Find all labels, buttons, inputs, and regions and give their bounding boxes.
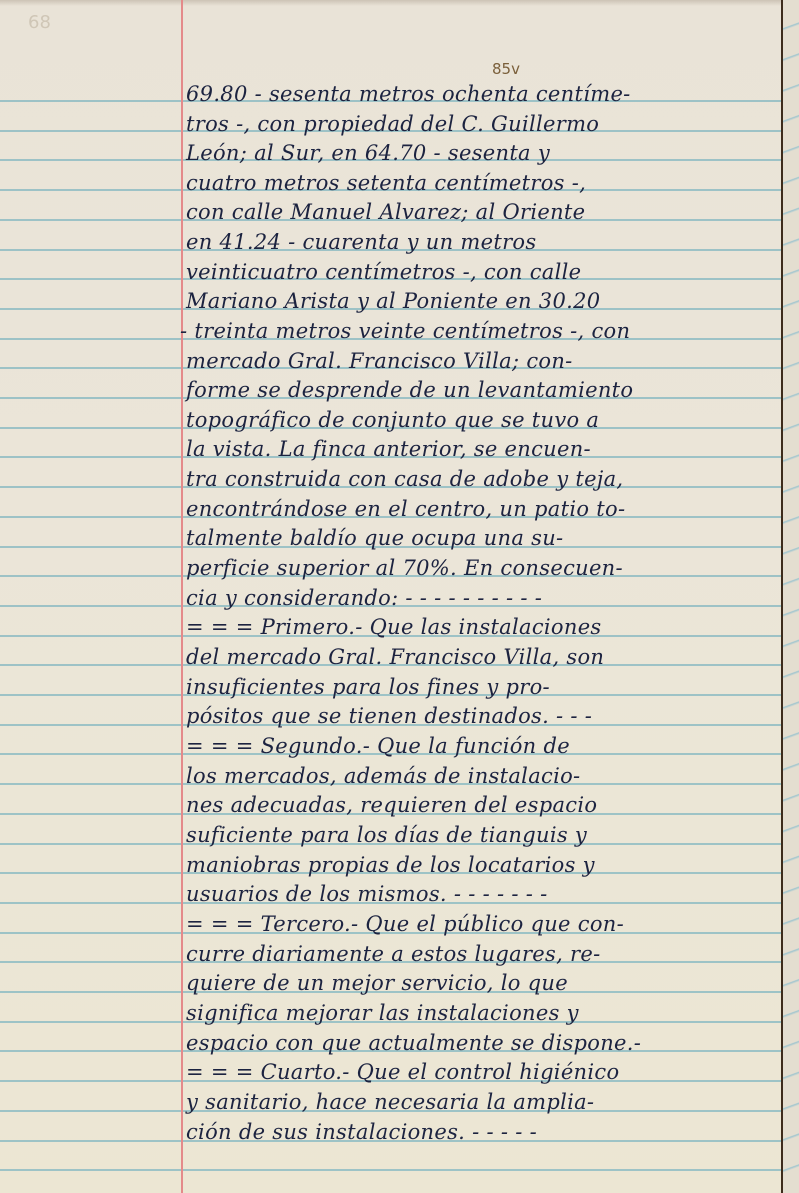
text-line: del mercado Gral. Francisco Villa, son [186,645,776,669]
text-line: ción de sus instalaciones. - - - - - [186,1120,776,1144]
text-line: quiere de un mejor servicio, lo que [186,971,776,995]
text-line: significa mejorar las instalaciones y [186,1001,776,1025]
text-line: los mercados, además de instalacio- [186,764,776,788]
text-line: con calle Manuel Alvarez; al Oriente [186,200,776,224]
text-line: topográfico de conjunto que se tuvo a [186,408,776,432]
text-line: perficie superior al 70%. En consecuen- [186,556,776,580]
text-line: usuarios de los mismos. - - - - - - - [186,882,776,906]
page-top-shadow [0,0,781,6]
folio-number: 85v [492,60,520,78]
text-line: forme se desprende de un levantamiento [186,378,776,402]
text-line: = = = Tercero.- Que el público que con- [186,912,776,936]
text-line: suficiente para los días de tianguis y [186,823,776,847]
text-line: y sanitario, hace necesaria la amplia- [186,1090,776,1114]
red-margin-line [181,0,183,1193]
text-line: pósitos que se tienen destinados. - - - [186,704,776,728]
text-line: tros -, con propiedad del C. Guillermo [186,112,776,136]
text-line: = = = Primero.- Que las instalaciones [186,615,776,639]
text-line: Mariano Arista y al Poniente en 30.20 [186,289,776,313]
text-line: mercado Gral. Francisco Villa; con- [186,349,776,373]
text-line: talmente baldío que ocupa una su- [186,526,776,550]
text-line: espacio con que actualmente se dispone.- [186,1031,776,1055]
text-line: - treinta metros veinte centímetros -, c… [180,319,770,343]
faint-page-number: 68 [28,12,51,33]
text-line: nes adecuadas, requieren del espacio [186,793,776,817]
text-line: veinticuatro centímetros -, con calle [186,260,776,284]
text-line: tra construida con casa de adobe y teja, [186,467,776,491]
text-line: = = = Segundo.- Que la función de [186,734,776,758]
text-line: insuficientes para los fines y pro- [186,675,776,699]
text-line: cia y considerando: - - - - - - - - - - [186,586,776,610]
text-line: 69.80 - sesenta metros ochenta centíme- [186,82,776,106]
notebook-page: 68 85v 69.80 - sesenta metros ochenta ce… [0,0,781,1193]
text-line: León; al Sur, en 64.70 - sesenta y [186,141,776,165]
ruled-line [0,1169,781,1171]
text-line: = = = Cuarto.- Que el control higiénico [186,1060,776,1084]
text-line: maniobras propias de los locatarios y [186,853,776,877]
text-line: la vista. La finca anterior, se encuen- [186,437,776,461]
text-line: en 41.24 - cuarenta y un metros [186,230,776,254]
text-line: cuatro metros setenta centímetros -, [186,171,776,195]
adjacent-page-edge [783,0,799,1193]
text-line: encontrándose en el centro, un patio to- [186,497,776,521]
text-line: curre diariamente a estos lugares, re- [186,942,776,966]
